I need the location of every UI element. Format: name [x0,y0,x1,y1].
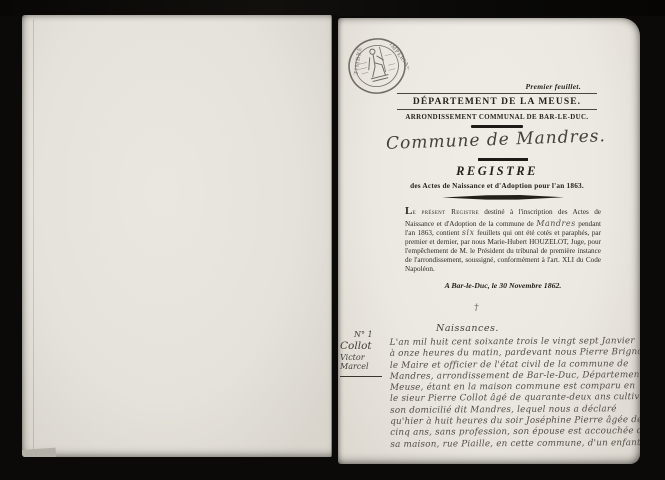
register-subtitle: des Actes de Naissance et d'Adoption pou… [397,181,597,190]
under-sheet-edge [22,448,56,457]
decorative-bar-2 [478,158,528,161]
departement-title: DÉPARTEMENT DE LA MEUSE. [397,97,597,107]
preamble-commune-handwritten: Mandres [536,219,575,228]
left-blank-page [22,15,332,457]
feuillet-label: Premier feuillet. [397,82,597,91]
registry-scan-photo: TIMBRE IMPERIAL Premier feuillet. DÉPART… [0,0,665,480]
register-title: REGISTRE [397,164,597,179]
header-rule-1 [397,93,597,94]
commune-handwritten: Commune de Mandres. [386,126,606,154]
act-number: N° 1 [354,330,390,339]
dateline: A Bar-le-Duc, le 30 Novembre 1862. [405,281,601,290]
act-margin-notes: N° 1 Collot Victor Marcel [340,330,390,377]
act-heading-handwritten: Naissances. [436,323,499,334]
page-crease-line [33,19,34,453]
header-rule-2 [397,109,597,110]
flourish-mark: † [473,303,479,314]
preamble-feuillets-handwritten: six [462,228,475,237]
printed-header: Premier feuillet. DÉPARTEMENT DE LA MEUS… [397,82,597,128]
preamble-paragraph: Le présent Registre destiné à l'inscript… [405,205,601,274]
register-title-block: REGISTRE des Actes de Naissance et d'Ado… [397,164,597,190]
svg-text:IMPERIAL: IMPERIAL [388,42,413,72]
arrondissement-title: ARRONDISSEMENT COMMUNAL DE BAR-LE-DUC. [397,114,597,121]
act-firstnames: Victor Marcel [340,353,390,371]
act-body-handwritten: L'an mil huit cent soixante trois le vin… [390,336,639,451]
margin-rule [340,376,382,377]
preamble-lead: Le présent Registre [405,208,479,216]
act-line: sa maison, rue Piaille, en cette commune… [390,438,638,451]
register-title-page: TIMBRE IMPERIAL Premier feuillet. DÉPART… [338,18,640,464]
spindle-divider [442,194,564,201]
act-surname: Collot [340,340,390,352]
decorative-bar-1 [471,125,523,128]
